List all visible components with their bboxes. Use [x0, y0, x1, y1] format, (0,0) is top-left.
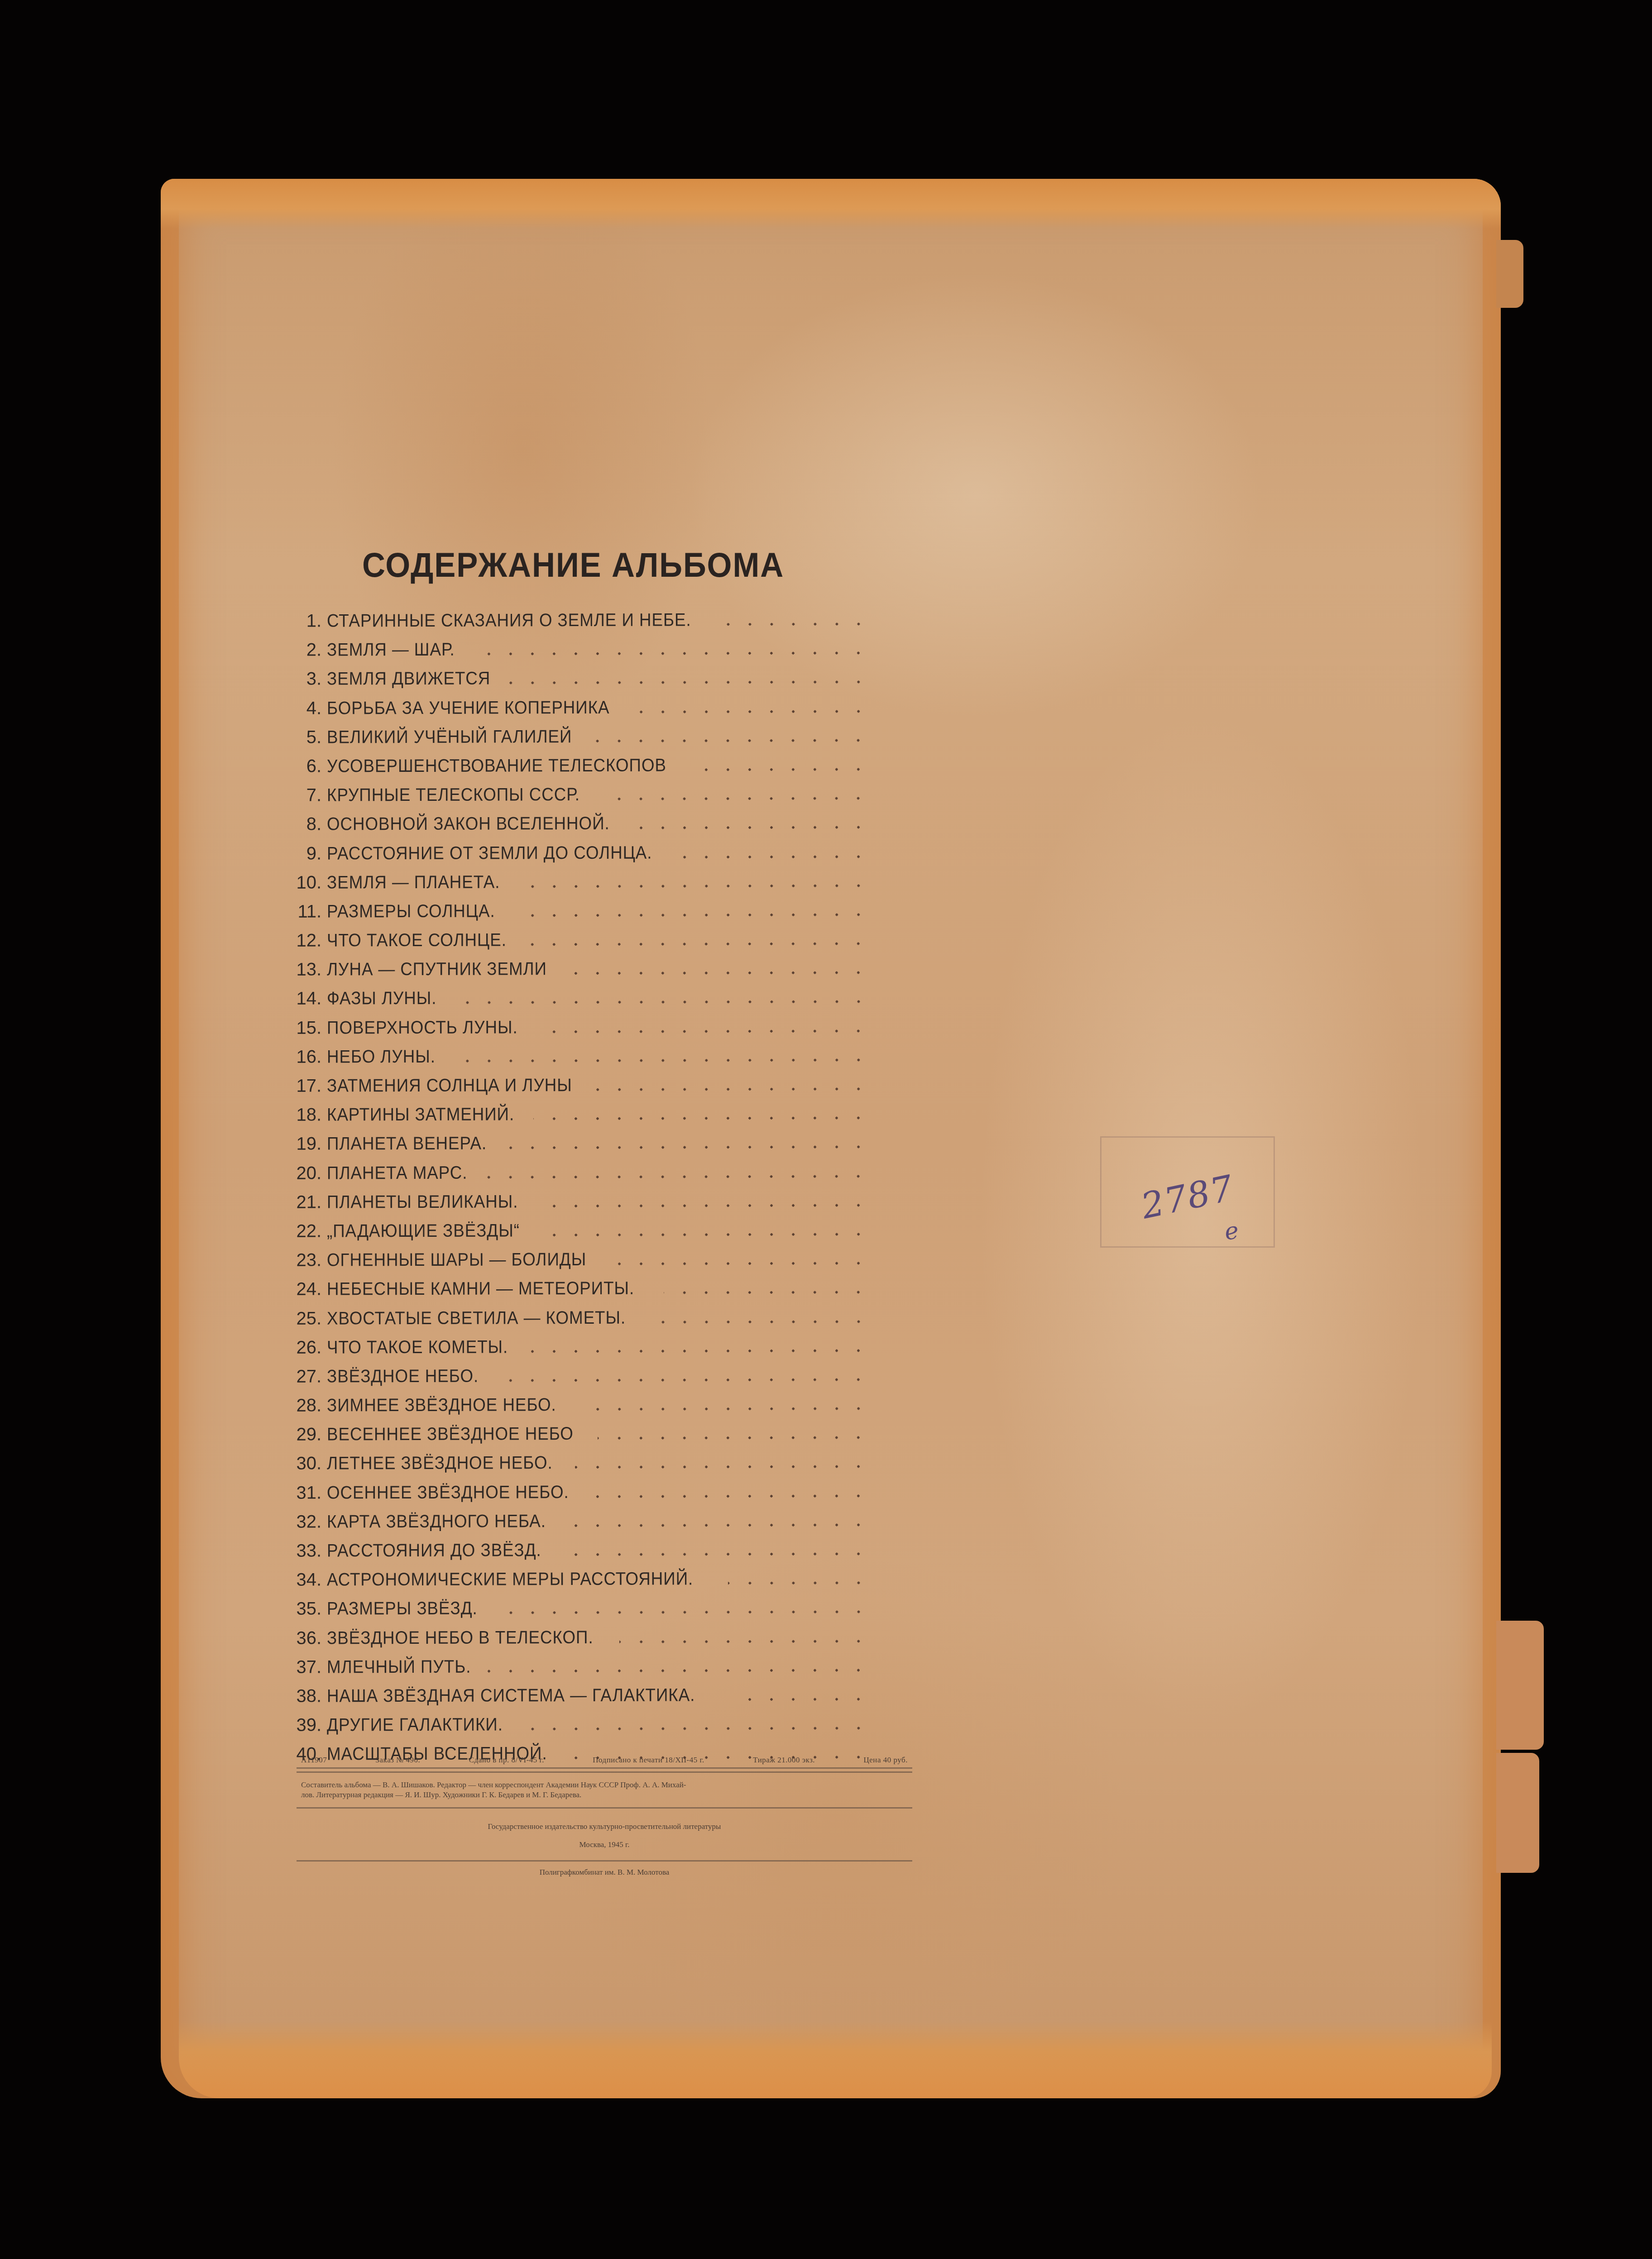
- toc-item: 26.ЧТО ТАКОЕ КОМЕТЫ.: [294, 1331, 869, 1362]
- toc-item-label: ОСНОВНОЙ ЗАКОН ВСЕЛЕННОЙ.: [327, 814, 610, 835]
- toc-item: 17.ЗАТМЕНИЯ СОЛНЦА И ЛУНЫ: [294, 1070, 869, 1101]
- toc-item-label: ЛЕТНЕЕ ЗВЁЗДНОЕ НЕБО.: [327, 1453, 553, 1474]
- toc-item-label: БОРЬБА ЗА УЧЕНИЕ КОПЕРНИКА: [327, 697, 610, 718]
- toc-item-number: 33.: [294, 1541, 321, 1561]
- dot-leader: [579, 1407, 869, 1411]
- toc-item-label: УСОВЕРШЕНСТВОВАНИЕ ТЕЛЕСКОПОВ: [327, 755, 666, 776]
- toc-item-number: 6.: [294, 756, 321, 776]
- toc-item-number: 28.: [294, 1395, 321, 1416]
- toc-item: 38.НАША ЗВЁЗДНАЯ СИСТЕМА — ГАЛАКТИКА.: [294, 1680, 869, 1711]
- dot-leader: [537, 1029, 869, 1034]
- toc-item-label: ЗЕМЛЯ ДВИЖЕТСЯ: [327, 668, 490, 689]
- dot-leader: [598, 1436, 869, 1441]
- toc-item: 7.КРУПНЫЕ ТЕЛЕСКОПЫ СССР.: [294, 779, 869, 810]
- toc-item-label: ПЛАНЕТА МАРС.: [327, 1163, 468, 1183]
- toc-item-number: 27.: [294, 1366, 321, 1387]
- toc-item: 3.ЗЕМЛЯ ДВИЖЕТСЯ: [294, 663, 869, 694]
- toc-item-number: 25.: [294, 1308, 321, 1329]
- dot-leader: [533, 1116, 869, 1121]
- toc-item: 22.„ПАДАЮЩИЕ ЗВЁЗДЫ“: [294, 1215, 869, 1246]
- imprint-order: Заказ № 490.: [376, 1756, 421, 1765]
- toc-item: 31.ОСЕННЕЕ ЗВЁЗДНОЕ НЕБО.: [294, 1477, 869, 1508]
- toc-item-label: НЕБЕСНЫЕ КАМНИ — МЕТЕОРИТЫ.: [327, 1278, 634, 1300]
- dot-leader: [448, 1058, 869, 1062]
- toc-item-label: „ПАДАЮЩИЕ ЗВЁЗДЫ“: [327, 1220, 520, 1241]
- toc-item-number: 10.: [294, 872, 321, 893]
- dot-leader: [612, 1262, 869, 1266]
- toc-item-label: КАРТА ЗВЁЗДНОГО НЕБА.: [327, 1511, 546, 1532]
- dot-leader: [469, 651, 869, 656]
- divider: [297, 1767, 912, 1769]
- toc-item-label: ДРУГИЕ ГАЛАКТИКИ.: [327, 1714, 503, 1735]
- toc-item-number: 2.: [294, 640, 321, 660]
- dot-leader: [563, 1552, 869, 1556]
- toc-item: 27.ЗВЁЗДНОЕ НЕБО.: [294, 1360, 869, 1391]
- dot-leader: [655, 1320, 870, 1324]
- toc-item: 15.ПОВЕРХНОСТЬ ЛУНЫ.: [294, 1012, 869, 1043]
- toc-item-label: ФАЗЫ ЛУНЫ.: [327, 988, 437, 1009]
- credits-line: Составитель альбома — В. А. Шишаков. Ред…: [301, 1780, 908, 1790]
- toc-item: 18.КАРТИНЫ ЗАТМЕНИЙ.: [294, 1099, 869, 1130]
- toc-item: 12.ЧТО ТАКОЕ СОЛНЦЕ.: [294, 924, 869, 955]
- toc-item-number: 13.: [294, 959, 321, 980]
- toc-item: 34.АСТРОНОМИЧЕСКИЕ МЕРЫ РАССТОЯНИЙ.: [294, 1564, 869, 1595]
- toc-item-number: 22.: [294, 1221, 321, 1241]
- dot-leader: [539, 1232, 869, 1237]
- toc-item-number: 21.: [294, 1192, 321, 1212]
- dot-leader: [730, 1697, 869, 1701]
- toc-item-number: 20.: [294, 1163, 321, 1183]
- dot-leader: [518, 884, 869, 888]
- toc-item: 29.ВЕСЕННЕЕ ЗВЁЗДНОЕ НЕБО: [294, 1419, 869, 1450]
- toc-item-label: КРУПНЫЕ ТЕЛЕСКОПЫ СССР.: [327, 785, 580, 805]
- toc-item: 32.КАРТА ЗВЁЗДНОГО НЕБА.: [294, 1506, 869, 1536]
- toc-item-number: 37.: [294, 1657, 321, 1677]
- toc-item: 23.ОГНЕННЫЕ ШАРЫ — БОЛИДЫ: [294, 1244, 869, 1275]
- toc-item-number: 31.: [294, 1483, 321, 1503]
- toc-item-number: 14.: [294, 989, 321, 1009]
- toc-item-label: НЕБО ЛУНЫ.: [327, 1046, 436, 1067]
- publisher: Государственное издательство культурно-п…: [297, 1811, 912, 1857]
- toc-item-number: 34.: [294, 1570, 321, 1590]
- toc-item-label: РАЗМЕРЫ ЗВЁЗД.: [327, 1599, 478, 1619]
- dot-leader: [527, 1349, 869, 1353]
- dot-leader: [537, 1203, 869, 1208]
- dot-leader: [699, 767, 869, 771]
- toc-item-label: ПЛАНЕТА ВЕНЕРА.: [327, 1134, 487, 1154]
- toc-item-label: АСТРОНОМИЧЕСКИЕ МЕРЫ РАССТОЯНИЙ.: [327, 1569, 693, 1590]
- toc-item: 9.РАССТОЯНИЕ ОТ ЗЕМЛИ ДО СОЛНЦА.: [294, 838, 869, 868]
- toc-item-number: 3.: [294, 669, 321, 689]
- imprint-price: Цена 40 руб.: [864, 1756, 908, 1765]
- dot-leader: [494, 1378, 869, 1382]
- dot-leader: [596, 738, 869, 743]
- dot-leader: [449, 1000, 870, 1005]
- dot-leader: [525, 942, 869, 946]
- toc-item-label: РАЗМЕРЫ СОЛНЦА.: [327, 901, 495, 922]
- toc-item-label: ЗАТМЕНИЯ СОЛНЦА И ЛУНЫ: [327, 1075, 572, 1096]
- toc-item: 4.БОРЬБА ЗА УЧЕНИЕ КОПЕРНИКА: [294, 692, 869, 723]
- toc-item-number: 12.: [294, 930, 321, 951]
- toc-item-label: ОГНЕННЫЕ ШАРЫ — БОЛИДЫ: [327, 1249, 586, 1271]
- toc-item: 37.МЛЕЧНЫЙ ПУТЬ.: [294, 1651, 869, 1682]
- toc-item-label: ВЕСЕННЕЕ ЗВЁЗДНОЕ НЕБО: [327, 1424, 574, 1445]
- torn-edge-tab: [1496, 1621, 1544, 1750]
- toc-item: 2.ЗЕМЛЯ — ШАР.: [294, 634, 869, 665]
- dot-leader: [726, 622, 869, 626]
- toc-item-number: 4.: [294, 698, 321, 718]
- dot-leader: [664, 1291, 869, 1295]
- toc-item-number: 17.: [294, 1076, 321, 1096]
- toc-item-number: 19.: [294, 1134, 321, 1154]
- toc-item: 14.ФАЗЫ ЛУНЫ.: [294, 983, 869, 1014]
- toc-item: 25.ХВОСТАТЫЕ СВЕТИЛА — КОМЕТЫ.: [294, 1302, 869, 1333]
- imprint-submitted: Сдано в пр. 8/VI-45 г.: [469, 1756, 544, 1765]
- toc-item-number: 9.: [294, 843, 321, 864]
- toc-item: 24.НЕБЕСНЫЕ КАМНИ — МЕТЕОРИТЫ.: [294, 1273, 869, 1304]
- publisher-name: Государственное издательство культурно-п…: [297, 1818, 912, 1836]
- toc-item: 28.ЗИМНЕЕ ЗВЁЗДНОЕ НЕБО.: [294, 1389, 869, 1420]
- table-of-contents: 1.СТАРИННЫЕ СКАЗАНИЯ О ЗЕМЛЕ И НЕБЕ.2.ЗЕ…: [294, 606, 869, 1768]
- toc-item-number: 15.: [294, 1018, 321, 1038]
- toc-item-number: 1.: [294, 611, 321, 631]
- divider: [297, 1807, 912, 1809]
- toc-item-number: 16.: [294, 1047, 321, 1067]
- dot-leader: [512, 913, 869, 917]
- toc-item-label: СТАРИННЫЕ СКАЗАНИЯ О ЗЕМЛЕ И НЕБЕ.: [327, 610, 691, 631]
- toc-item-number: 24.: [294, 1279, 321, 1299]
- toc-item: 30.ЛЕТНЕЕ ЗВЁЗДНОЕ НЕБО.: [294, 1448, 869, 1479]
- colophon: А11907 Заказ № 490. Сдано в пр. 8/VI-45 …: [297, 1756, 912, 1877]
- dot-leader: [637, 709, 869, 713]
- dot-leader: [619, 1639, 869, 1643]
- toc-item-number: 18.: [294, 1105, 321, 1125]
- toc-item: 36.ЗВЁЗДНОЕ НЕБО В ТЕЛЕСКОП.: [294, 1622, 869, 1653]
- toc-item-label: ЧТО ТАКОЕ СОЛНЦЕ.: [327, 930, 507, 951]
- toc-item: 21.ПЛАНЕТЫ ВЕЛИКАНЫ.: [294, 1186, 869, 1217]
- dot-leader: [575, 1465, 869, 1469]
- toc-item: 11.РАЗМЕРЫ СОЛНЦА.: [294, 895, 869, 926]
- toc-item-label: КАРТИНЫ ЗАТМЕНИЙ.: [327, 1104, 514, 1125]
- toc-item-label: ЗВЁЗДНОЕ НЕБО В ТЕЛЕСКОП.: [327, 1627, 594, 1648]
- contents-title: СОДЕРЖАНИЕ АЛЬБОМА: [362, 546, 784, 585]
- toc-item-number: 38.: [294, 1686, 321, 1706]
- dot-leader: [493, 1610, 870, 1615]
- toc-item-label: ПОВЕРХНОСТЬ ЛУНЫ.: [327, 1017, 518, 1038]
- toc-item: 6.УСОВЕРШЕНСТВОВАНИЕ ТЕЛЕСКОПОВ: [294, 750, 869, 781]
- dot-leader: [503, 1145, 869, 1150]
- dot-leader: [728, 1581, 869, 1585]
- toc-item: 5.ВЕЛИКИЙ УЧЁНЫЙ ГАЛИЛЕЙ: [294, 721, 869, 752]
- dot-leader: [508, 680, 869, 685]
- toc-item-label: РАССТОЯНИЕ ОТ ЗЕМЛИ ДО СОЛНЦА.: [327, 842, 652, 864]
- imprint-line: А11907 Заказ № 490. Сдано в пр. 8/VI-45 …: [297, 1756, 912, 1765]
- toc-item-label: ПЛАНЕТЫ ВЕЛИКАНЫ.: [327, 1192, 518, 1212]
- imprint-code: А11907: [301, 1756, 327, 1765]
- toc-item-number: 36.: [294, 1628, 321, 1648]
- toc-item-label: ЛУНА — СПУТНИК ЗЕМЛИ: [327, 959, 547, 980]
- credits: Составитель альбома — В. А. Шишаков. Ред…: [297, 1776, 912, 1804]
- credits-line: лов. Литературная редакция — Я. И. Шур. …: [301, 1790, 908, 1800]
- toc-item: 1.СТАРИННЫЕ СКАЗАНИЯ О ЗЕМЛЕ И НЕБЕ.: [294, 605, 869, 636]
- toc-item-number: 26.: [294, 1337, 321, 1358]
- dot-leader: [604, 797, 869, 801]
- toc-item-number: 39.: [294, 1715, 321, 1735]
- publication-place-year: Москва, 1945 г.: [297, 1836, 912, 1854]
- toc-item-number: 8.: [294, 814, 321, 834]
- toc-item-label: ЗВЁЗДНОЕ НЕБО.: [327, 1366, 479, 1387]
- toc-item-label: ЗИМНЕЕ ЗВЁЗДНОЕ НЕБО.: [327, 1395, 556, 1416]
- toc-item-number: 35.: [294, 1599, 321, 1619]
- imprint-signed: Подписано к печати 18/XII-45 г.: [593, 1756, 704, 1765]
- toc-item-number: 7.: [294, 785, 321, 805]
- toc-item-label: ЗЕМЛЯ — ШАР.: [327, 640, 455, 660]
- dot-leader: [569, 971, 869, 976]
- toc-item: 13.ЛУНА — СПУТНИК ЗЕМЛИ: [294, 954, 869, 985]
- toc-item-label: ЗЕМЛЯ — ПЛАНЕТА.: [327, 872, 500, 893]
- dot-leader: [486, 1668, 869, 1673]
- toc-item: 10.ЗЕМЛЯ — ПЛАНЕТА.: [294, 866, 869, 897]
- printer: Полиграфкомбинат им. В. М. Молотова: [297, 1868, 912, 1877]
- dot-leader: [482, 1174, 869, 1179]
- toc-item-label: НАША ЗВЁЗДНАЯ СИСТЕМА — ГАЛАКТИКА.: [327, 1685, 695, 1706]
- dot-leader: [637, 826, 869, 830]
- toc-item-label: ОСЕННЕЕ ЗВЁЗДНОЕ НЕБО.: [327, 1482, 569, 1503]
- toc-item: 33.РАССТОЯНИЯ ДО ЗВЁЗД.: [294, 1535, 869, 1565]
- dot-leader: [593, 1494, 869, 1498]
- divider: [297, 1860, 912, 1862]
- toc-item-number: 23.: [294, 1250, 321, 1270]
- torn-edge-tab: [1496, 240, 1523, 308]
- toc-item-label: ХВОСТАТЫЕ СВЕТИЛА — КОМЕТЫ.: [327, 1307, 626, 1329]
- toc-item-label: РАССТОЯНИЯ ДО ЗВЁЗД.: [327, 1540, 541, 1561]
- toc-item: 20.ПЛАНЕТА МАРС.: [294, 1157, 869, 1188]
- divider: [297, 1771, 912, 1773]
- dot-leader: [568, 1523, 869, 1527]
- toc-item: 19.ПЛАНЕТА ВЕНЕРА.: [294, 1128, 869, 1159]
- torn-edge-tab: [1496, 1753, 1539, 1873]
- toc-item-number: 11.: [294, 901, 321, 922]
- dot-leader: [596, 1087, 869, 1091]
- toc-item: 16.НЕБО ЛУНЫ.: [294, 1041, 869, 1072]
- toc-item-number: 32.: [294, 1512, 321, 1532]
- toc-item-number: 5.: [294, 727, 321, 747]
- toc-item-label: ВЕЛИКИЙ УЧЁНЫЙ ГАЛИЛЕЙ: [327, 726, 572, 747]
- toc-item-label: ЧТО ТАКОЕ КОМЕТЫ.: [327, 1337, 508, 1358]
- toc-item-number: 30.: [294, 1454, 321, 1474]
- toc-item: 8.ОСНОВНОЙ ЗАКОН ВСЕЛЕННОЙ.: [294, 809, 869, 839]
- dot-leader: [683, 855, 869, 859]
- dot-leader: [521, 1727, 869, 1731]
- toc-item: 35.РАЗМЕРЫ ЗВЁЗД.: [294, 1593, 869, 1624]
- imprint-print-run: Тираж 21.000 экз.: [753, 1756, 815, 1765]
- toc-item-label: МЛЕЧНЫЙ ПУТЬ.: [327, 1656, 471, 1677]
- toc-item-number: 29.: [294, 1424, 321, 1445]
- toc-item: 39.ДРУГИЕ ГАЛАКТИКИ.: [294, 1709, 869, 1740]
